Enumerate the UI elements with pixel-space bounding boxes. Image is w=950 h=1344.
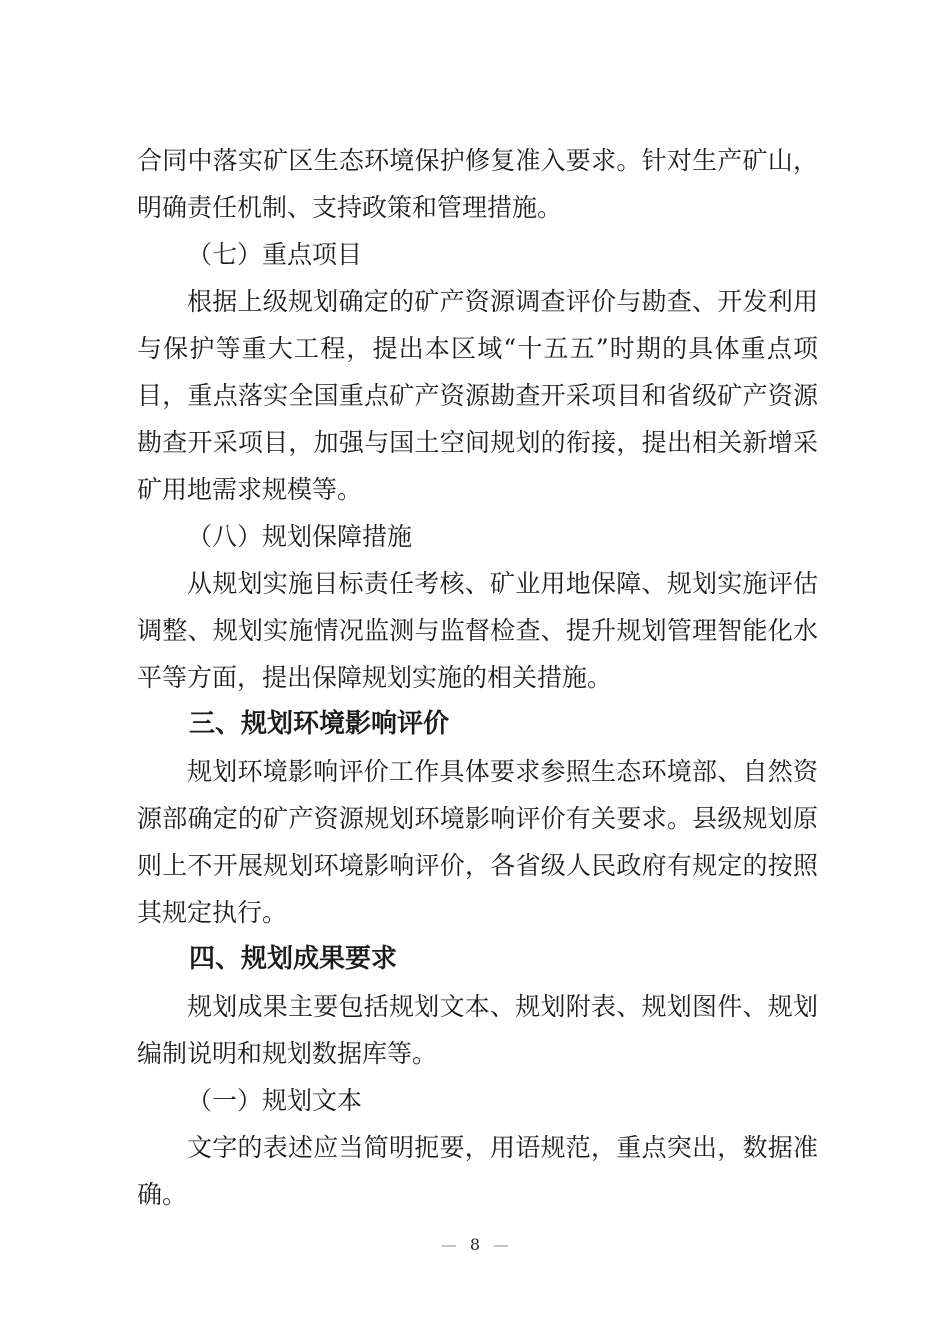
paragraph-line: 确。 (137, 1171, 818, 1218)
paragraph-line: 文字的表述应当简明扼要，用语规范，重点突出，数据准 (137, 1124, 818, 1171)
paragraph-line: 明确责任机制、支持政策和管理措施。 (137, 184, 818, 231)
paragraph-line: 矿用地需求规模等。 (137, 466, 818, 513)
paragraph-line: 勘查开采项目，加强与国土空间规划的衔接，提出相关新增采 (137, 419, 818, 466)
document-page-content: 合同中落实矿区生态环境保护修复准入要求。针对生产矿山， 明确责任机制、支持政策和… (137, 137, 818, 1218)
section-heading-3: 三、规划环境影响评价 (137, 701, 818, 748)
paragraph-line: 编制说明和规划数据库等。 (137, 1030, 818, 1077)
subsection-heading-8: （八）规划保障措施 (137, 513, 818, 560)
paragraph-line: 源部确定的矿产资源规划环境影响评价有关要求。县级规划原 (137, 795, 818, 842)
paragraph-line: 规划环境影响评价工作具体要求参照生态环境部、自然资 (137, 748, 818, 795)
page-number: 8 (470, 1235, 480, 1254)
subsection-heading-7: （七）重点项目 (137, 231, 818, 278)
page-footer: —8— (0, 1232, 950, 1258)
subsection-heading-1: （一）规划文本 (137, 1077, 818, 1124)
section-heading-4: 四、规划成果要求 (137, 936, 818, 983)
paragraph-line: 调整、规划实施情况监测与监督检查、提升规划管理智能化水 (137, 607, 818, 654)
paragraph-line: 从规划实施目标责任考核、矿业用地保障、规划实施评估 (137, 560, 818, 607)
footer-dash-right: — (493, 1235, 509, 1254)
paragraph-line: 则上不开展规划环境影响评价，各省级人民政府有规定的按照 (137, 842, 818, 889)
paragraph-line: 平等方面，提出保障规划实施的相关措施。 (137, 654, 818, 701)
paragraph-line: 规划成果主要包括规划文本、规划附表、规划图件、规划 (137, 983, 818, 1030)
paragraph-line: 合同中落实矿区生态环境保护修复准入要求。针对生产矿山， (137, 137, 818, 184)
paragraph-line: 其规定执行。 (137, 889, 818, 936)
footer-dash-left: — (441, 1235, 457, 1254)
paragraph-line: 与保护等重大工程，提出本区域“十五五”时期的具体重点项 (137, 325, 818, 372)
paragraph-line: 根据上级规划确定的矿产资源调查评价与勘查、开发利用 (137, 278, 818, 325)
paragraph-line: 目，重点落实全国重点矿产资源勘查开采项目和省级矿产资源 (137, 372, 818, 419)
